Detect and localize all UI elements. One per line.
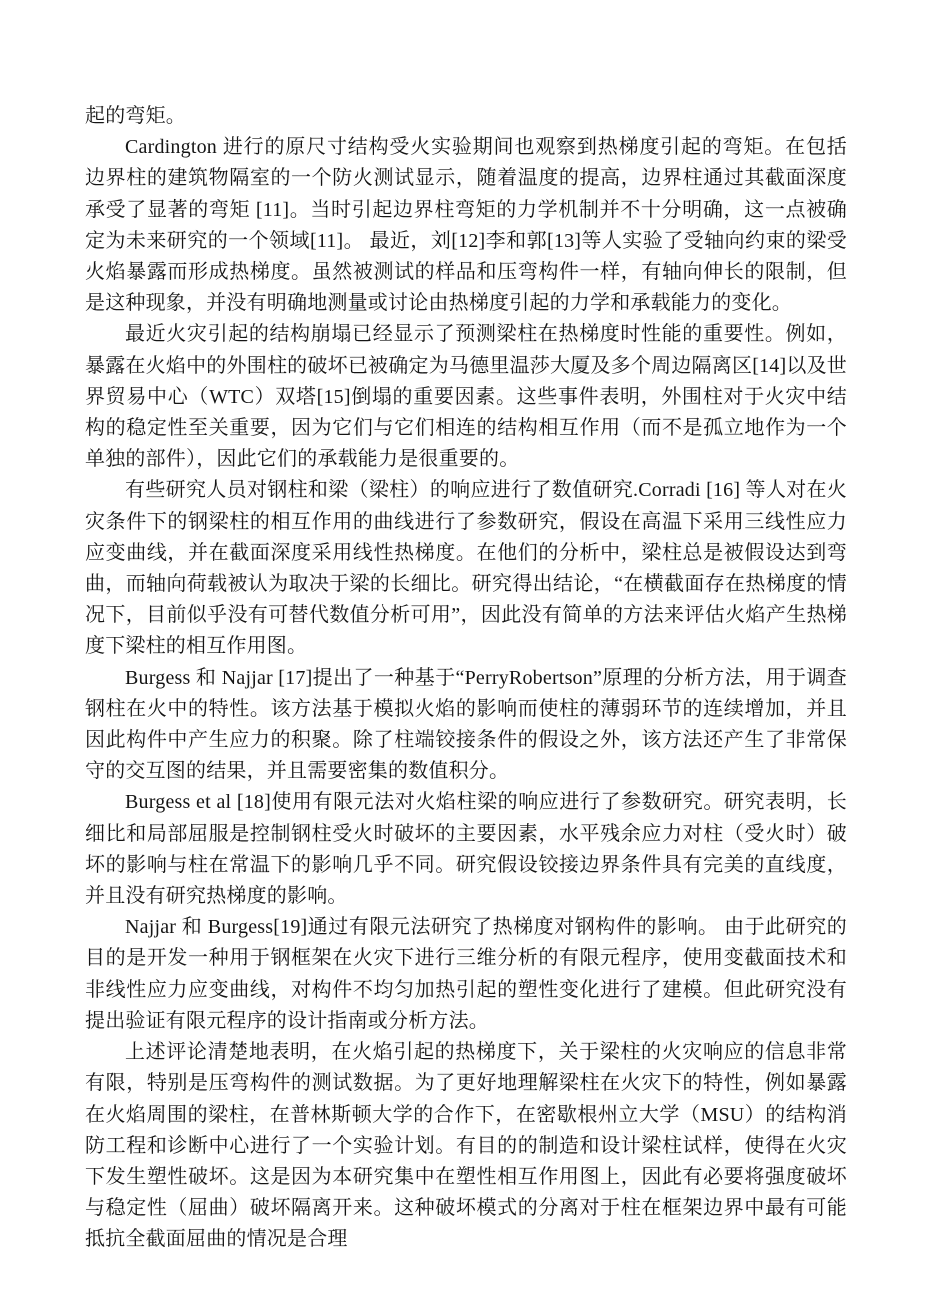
paragraph-fire-collapses: 最近火灾引起的结构崩塌已经显示了预测梁柱在热梯度时性能的重要性。例如，暴露在火焰… xyxy=(85,319,847,475)
page-text-column: 起的弯矩。 Cardington 进行的原尺寸结构受火实验期间也观察到热梯度引起… xyxy=(85,101,847,1256)
paragraph-cardington-experiments: Cardington 进行的原尺寸结构受火实验期间也观察到热梯度引起的弯矩。在包… xyxy=(85,132,847,319)
paragraph-najjar-burgess-19: Najjar 和 Burgess[19]通过有限元法研究了热梯度对钢构件的影响。… xyxy=(85,912,847,1037)
paragraph-burgess-najjar-17: Burgess 和 Najjar [17]提出了一种基于“PerryRobert… xyxy=(85,663,847,788)
paragraph-summary-msu-program: 上述评论清楚地表明，在火焰引起的热梯度下，关于梁柱的火灾响应的信息非常有限，特别… xyxy=(85,1037,847,1255)
document-page: 起的弯矩。 Cardington 进行的原尺寸结构受火实验期间也观察到热梯度引起… xyxy=(0,0,926,1309)
paragraph-continuation: 起的弯矩。 xyxy=(85,101,847,132)
paragraph-burgess-et-al-18: Burgess et al [18]使用有限元法对火焰柱梁的响应进行了参数研究。… xyxy=(85,787,847,912)
paragraph-numerical-studies-corradi: 有些研究人员对钢柱和梁（梁柱）的响应进行了数值研究.Corradi [16] 等… xyxy=(85,475,847,662)
